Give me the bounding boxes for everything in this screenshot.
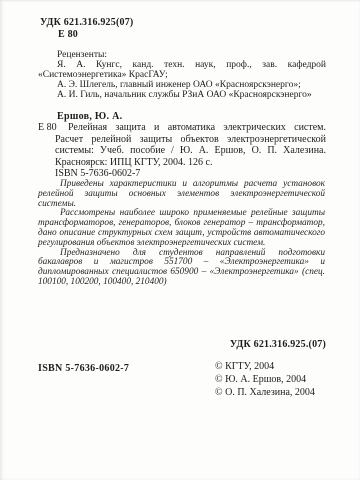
entry-author: Ершов, Ю. А. (57, 111, 326, 122)
reviewers-block: Рецензенты: Я. А. Кунгс, канд. техн. нау… (38, 51, 326, 101)
annotation-paragraph: Рассмотрены наиболее широко применяемые … (38, 209, 325, 248)
annotation-paragraph: Предназначено для студентов направлений … (38, 249, 325, 288)
reviewer-item: Я. А. Кунгс, канд. техн. наук, проф., за… (38, 61, 326, 81)
udk-classification-top: УДК 621.316.925(07) Е 80 (40, 17, 133, 41)
copyright-line: © О. П. Халезина, 2004 (215, 386, 315, 399)
udk-number-top: УДК 621.316.925(07) (40, 17, 133, 29)
copyright-line: © КГТУ, 2004 (215, 360, 315, 373)
annotation-paragraph: Приведены характеристики и алгоритмы рас… (38, 180, 325, 209)
udk-classification-bottom: УДК 621.316.925.(07) (38, 339, 326, 350)
reviewer-item: А. И. Гиль, начальник службы РЗиА ОАО «К… (38, 91, 326, 101)
author-sign-top: Е 80 (58, 29, 133, 41)
author-sign-entry: Е 80 (38, 122, 57, 133)
isbn-bottom: ISBN 5-7636-0602-7 (38, 363, 129, 374)
bibliographic-entry: Ершов, Ю. А. Е 80 Релейная защита и авто… (38, 111, 326, 179)
copyright-line: © Ю. А. Ершов, 2004 (215, 373, 315, 386)
annotation-block: Приведены характеристики и алгоритмы рас… (38, 180, 325, 288)
entry-body: Е 80 Релейная защита и автоматика электр… (38, 122, 326, 179)
imprint-bottom-row: ISBN 5-7636-0602-7 © КГТУ, 2004 © Ю. А. … (38, 360, 326, 410)
book-imprint-page: УДК 621.316.925(07) Е 80 Рецензенты: Я. … (0, 0, 360, 480)
entry-isbn: ISBN 5-7636-0602-7 (55, 168, 326, 179)
entry-description: Релейная защита и автоматика электрическ… (55, 122, 326, 168)
copyright-block: © КГТУ, 2004 © Ю. А. Ершов, 2004 © О. П.… (215, 360, 315, 399)
